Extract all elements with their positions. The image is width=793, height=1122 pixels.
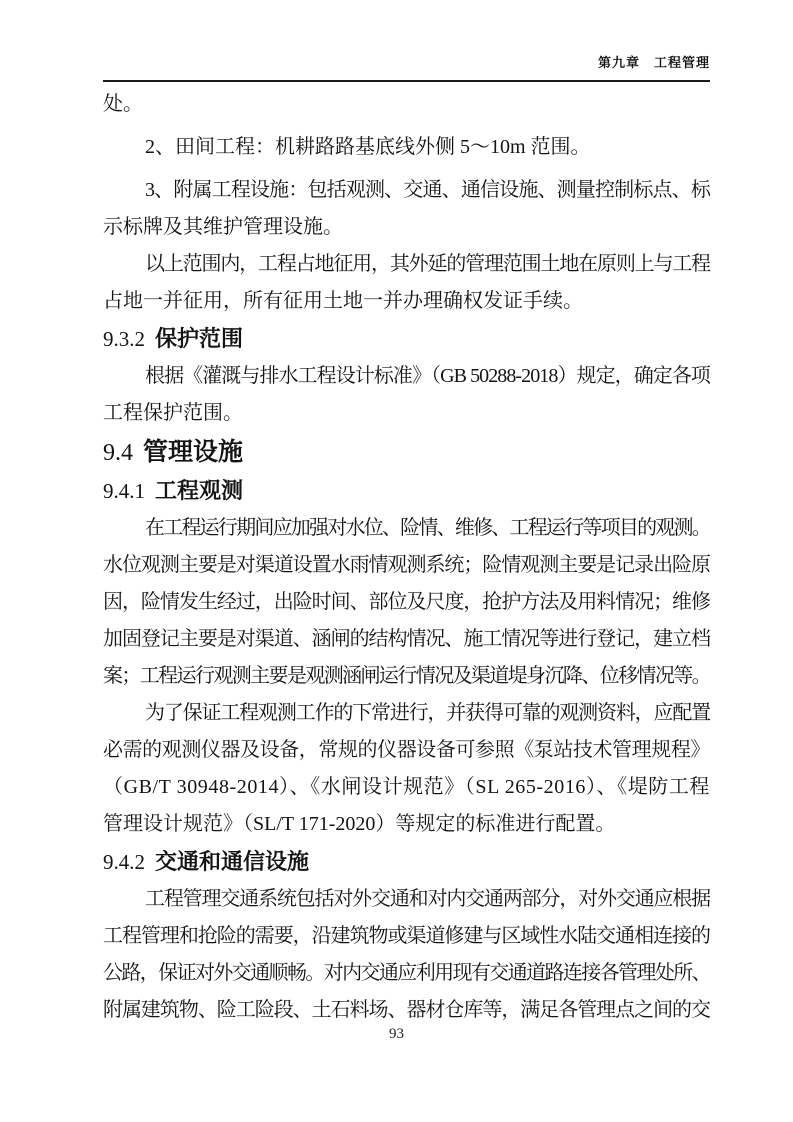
body-line-text: 案；工程运行观测主要是观测涵闸运行情况及渠道堤身沉降、位移情况等。 [103, 665, 710, 687]
heading-title: 交通和通信设施 [155, 849, 309, 874]
body-line: 以上范围内，工程占地征用，其外延的管理范围土地在原则上与工程 [103, 246, 710, 283]
section-heading: 9.3.2保护范围 [103, 320, 710, 358]
body-line-text: 管理设计规范》（SL/T 171-2020）等规定的标准进行配置。 [103, 806, 615, 843]
body-line-text: 示标牌及其维护管理设施。 [103, 209, 343, 246]
body-line-text: 为了保证工程观测工作的下常进行，并获得可靠的观测资料，应配置 [145, 702, 710, 724]
body-line: 根据《灌溉与排水工程设计标准》（GB 50288-2018）规定，确定各项 [103, 358, 710, 395]
body-line-text: 因，险情发生经过，出险时间、部位及尺度，抢护方法及用料情况；维修 [103, 591, 710, 613]
body-line: 工程管理和抢险的需要，沿建筑物或渠道修建与区域性水陆交通相连接的 [103, 918, 710, 955]
body-line: 处。 [103, 86, 710, 123]
body-line-text: 以上范围内，工程占地征用，其外延的管理范围土地在原则上与工程 [145, 253, 710, 275]
body-line-text: 工程管理交通系统包括对外交通和对内交通两部分，对外交通应根据 [145, 888, 710, 910]
paragraph: 处。 [103, 86, 710, 123]
section-heading: 9.4.2交通和通信设施 [103, 843, 710, 881]
body-line: 加固登记主要是对渠道、涵闸的结构情况、施工情况等进行登记，建立档 [103, 621, 710, 658]
body-line-text: 加固登记主要是对渠道、涵闸的结构情况、施工情况等进行登记，建立档 [103, 628, 710, 650]
document-page: 第九章工程管理 处。2、田间工程：机耕路路基底线外侧 5～10m 范围。3、附属… [0, 0, 793, 1122]
body-line-text: （GB/T 30948-2014）、《水闸设计规范》（SL 265-2016）、… [103, 776, 710, 798]
body-line: 2、田间工程：机耕路路基底线外侧 5～10m 范围。 [103, 129, 710, 166]
body-line-text: 工程保护范围。 [103, 395, 243, 432]
heading-number: 9.4 [103, 440, 133, 466]
body-line-text: 公路，保证对外交通顺畅。对内交通应利用现有交通道路连接各管理处所、 [103, 962, 710, 984]
body-line: 必需的观测仪器及设备，常规的仪器设备可参照《泵站技术管理规程》 [103, 732, 710, 769]
body-line: 案；工程运行观测主要是观测涵闸运行情况及渠道堤身沉降、位移情况等。 [103, 658, 710, 695]
heading-title: 管理设施 [143, 438, 243, 466]
document-body: 处。2、田间工程：机耕路路基底线外侧 5～10m 范围。3、附属工程设施：包括观… [103, 86, 710, 1029]
heading-title: 保护范围 [155, 326, 243, 351]
body-line-text: 必需的观测仪器及设备，常规的仪器设备可参照《泵站技术管理规程》 [103, 739, 710, 761]
body-line-text: 工程管理和抢险的需要，沿建筑物或渠道修建与区域性水陆交通相连接的 [103, 925, 710, 947]
paragraph: 3、附属工程设施：包括观测、交通、通信设施、测量控制标点、标示标牌及其维护管理设… [103, 172, 710, 246]
body-line: 占地一并征用，所有征用土地一并办理确权发证手续。 [103, 283, 710, 320]
header-section-title: 工程管理 [654, 55, 710, 70]
page-header: 第九章工程管理 [103, 52, 710, 82]
paragraph: 在工程运行期间应加强对水位、险情、维修、工程运行等项目的观测。水位观测主要是对渠… [103, 510, 710, 695]
body-line-text: 根据《灌溉与排水工程设计标准》（GB 50288-2018）规定，确定各项 [145, 365, 710, 387]
heading-title: 工程观测 [155, 478, 243, 503]
body-line: 工程管理交通系统包括对外交通和对内交通两部分，对外交通应根据 [103, 881, 710, 918]
body-line-text: 在工程运行期间应加强对水位、险情、维修、工程运行等项目的观测。 [145, 517, 710, 539]
body-line: 示标牌及其维护管理设施。 [103, 209, 710, 246]
body-line: （GB/T 30948-2014）、《水闸设计规范》（SL 265-2016）、… [103, 769, 710, 806]
heading-number: 9.3.2 [103, 327, 145, 351]
body-line: 为了保证工程观测工作的下常进行，并获得可靠的观测资料，应配置 [103, 695, 710, 732]
heading-number: 9.4.1 [103, 479, 145, 503]
body-line: 3、附属工程设施：包括观测、交通、通信设施、测量控制标点、标 [103, 172, 710, 209]
paragraph: 2、田间工程：机耕路路基底线外侧 5～10m 范围。 [103, 129, 710, 166]
section-heading: 9.4.1工程观测 [103, 472, 710, 510]
header-chapter-label: 第九章 [598, 55, 640, 70]
body-line: 公路，保证对外交通顺畅。对内交通应利用现有交通道路连接各管理处所、 [103, 955, 710, 992]
body-line-text: 2、田间工程：机耕路路基底线外侧 5～10m 范围。 [145, 129, 591, 166]
paragraph: 工程管理交通系统包括对外交通和对内交通两部分，对外交通应根据工程管理和抢险的需要… [103, 881, 710, 1029]
paragraph: 以上范围内，工程占地征用，其外延的管理范围土地在原则上与工程占地一并征用，所有征… [103, 246, 710, 320]
body-line: 水位观测主要是对渠道设置水雨情观测系统；险情观测主要是记录出险原 [103, 547, 710, 584]
body-line: 附属建筑物、险工险段、土石料场、器材仓库等，满足各管理点之间的交 [103, 992, 710, 1029]
paragraph: 为了保证工程观测工作的下常进行，并获得可靠的观测资料，应配置必需的观测仪器及设备… [103, 695, 710, 843]
body-line-text: 3、附属工程设施：包括观测、交通、通信设施、测量控制标点、标 [145, 179, 710, 201]
body-line: 在工程运行期间应加强对水位、险情、维修、工程运行等项目的观测。 [103, 510, 710, 547]
heading-number: 9.4.2 [103, 850, 145, 874]
body-line: 管理设计规范》（SL/T 171-2020）等规定的标准进行配置。 [103, 806, 710, 843]
page-number: 93 [0, 1026, 793, 1043]
body-line: 工程保护范围。 [103, 395, 710, 432]
body-line: 因，险情发生经过，出险时间、部位及尺度，抢护方法及用料情况；维修 [103, 584, 710, 621]
paragraph: 根据《灌溉与排水工程设计标准》（GB 50288-2018）规定，确定各项工程保… [103, 358, 710, 432]
body-line-text: 占地一并征用，所有征用土地一并办理确权发证手续。 [103, 283, 583, 320]
body-line-text: 水位观测主要是对渠道设置水雨情观测系统；险情观测主要是记录出险原 [103, 554, 710, 576]
body-line-text: 附属建筑物、险工险段、土石料场、器材仓库等，满足各管理点之间的交 [103, 999, 710, 1021]
body-line-text: 处。 [103, 86, 143, 123]
section-heading: 9.4管理设施 [103, 432, 710, 472]
